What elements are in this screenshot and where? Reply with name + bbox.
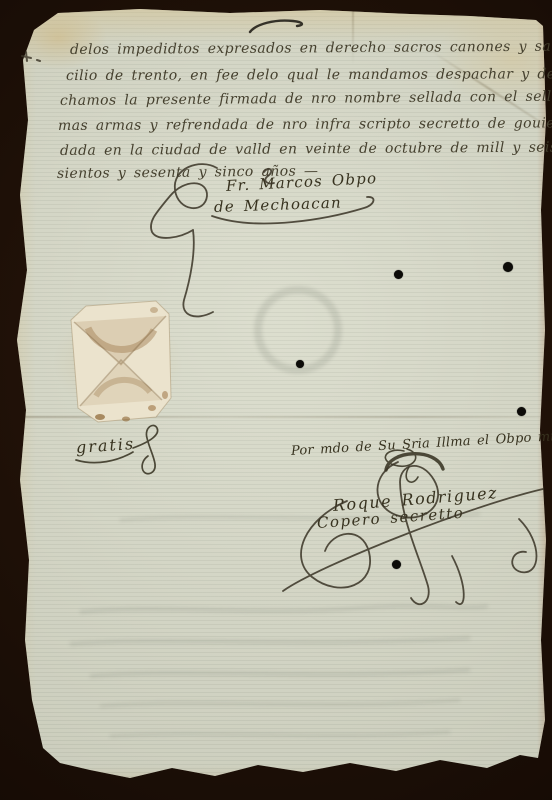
ink-dot: [503, 262, 513, 272]
photo-backdrop: delos impedidtos expresados en derecho s…: [0, 0, 552, 800]
ink-dot: [296, 360, 304, 368]
ink-dot: [517, 407, 526, 416]
seal-patch: [66, 298, 176, 426]
manuscript-text-line: mas armas y refrendada de nro infra scri…: [58, 115, 552, 134]
manuscript-text-line: delos impedidtos expresados en derecho s…: [70, 38, 552, 58]
manuscript-text-line: dada en la ciudad de valld en veinte de …: [60, 140, 552, 159]
ink-dot: [394, 270, 403, 279]
ink-dot: [392, 560, 401, 569]
manuscript-text-line: cilio de trento, en fee delo qual le man…: [66, 66, 552, 84]
